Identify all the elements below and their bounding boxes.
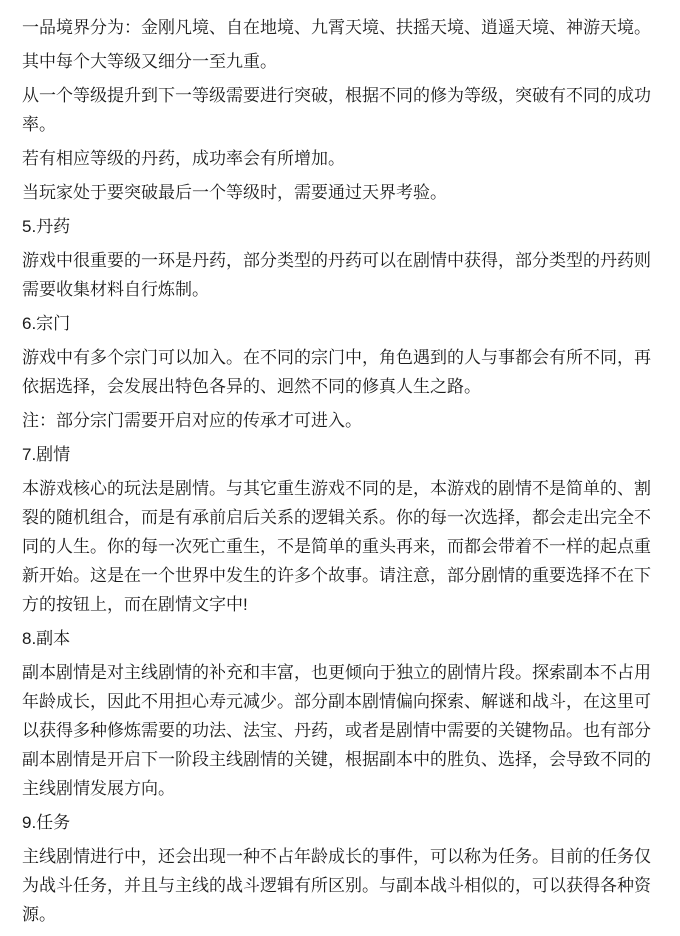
paragraph-heaven-trial: 当玩家处于要突破最后一个等级时，需要通过天界考验。 xyxy=(22,178,656,207)
section-heading-sects: 6.宗门 xyxy=(22,309,656,338)
paragraph-sects: 游戏中有多个宗门可以加入。在不同的宗门中，角色遇到的人与事都会有所不同，再依据选… xyxy=(22,343,656,401)
paragraph-pills: 游戏中很重要的一环是丹药，部分类型的丹药可以在剧情中获得，部分类型的丹药则需要收… xyxy=(22,246,656,304)
paragraph-pill-bonus: 若有相应等级的丹药，成功率会有所增加。 xyxy=(22,144,656,173)
section-heading-pills: 5.丹药 xyxy=(22,212,656,241)
section-heading-quests: 9.任务 xyxy=(22,808,656,837)
section-heading-story: 7.剧情 xyxy=(22,440,656,469)
section-heading-dungeons: 8.副本 xyxy=(22,624,656,653)
game-help-document: 一品境界分为：金刚凡境、自在地境、九霄天境、扶摇天境、逍遥天境、神游天境。 其中… xyxy=(0,0,680,929)
paragraph-sublevels: 其中每个大等级又细分一至九重。 xyxy=(22,47,656,76)
paragraph-story: 本游戏核心的玩法是剧情。与其它重生游戏不同的是，本游戏的剧情不是简单的、割裂的随… xyxy=(22,474,656,619)
paragraph-sects-note: 注：部分宗门需要开启对应的传承才可进入。 xyxy=(22,406,656,435)
paragraph-realm-grades: 一品境界分为：金刚凡境、自在地境、九霄天境、扶摇天境、逍遥天境、神游天境。 xyxy=(22,13,656,42)
paragraph-breakthrough: 从一个等级提升到下一等级需要进行突破，根据不同的修为等级，突破有不同的成功率。 xyxy=(22,81,656,139)
paragraph-dungeons: 副本剧情是对主线剧情的补充和丰富，也更倾向于独立的剧情片段。探索副本不占用年龄成… xyxy=(22,658,656,803)
paragraph-quests: 主线剧情进行中，还会出现一种不占年龄成长的事件，可以称为任务。目前的任务仅为战斗… xyxy=(22,842,656,929)
